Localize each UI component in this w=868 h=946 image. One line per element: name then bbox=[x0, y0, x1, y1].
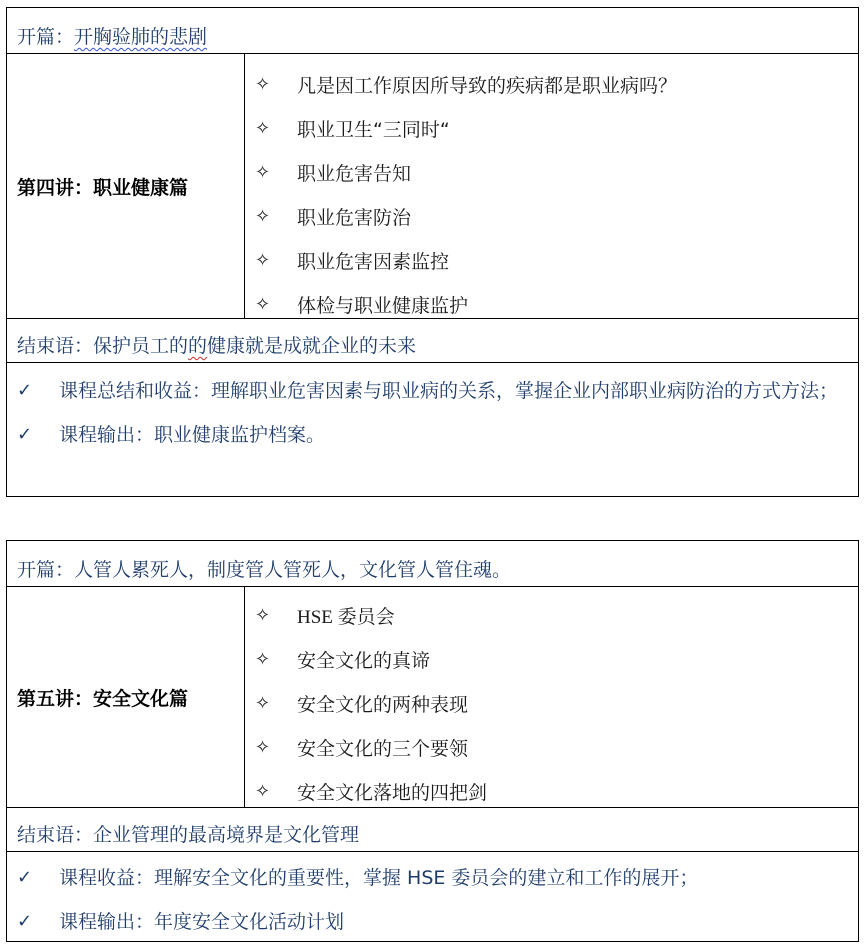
topic-text: 安全文化的两种表现 bbox=[297, 690, 468, 717]
closing-text-post: 健康就是成就企业的未来 bbox=[207, 331, 416, 358]
diamond-bullet-icon: ✧ bbox=[245, 737, 297, 758]
topic-text: 职业危害因素监控 bbox=[297, 247, 449, 274]
diamond-bullet-icon: ✧ bbox=[245, 162, 297, 183]
opening-text: 人管人累死人，制度管人管死人，文化管人管住魂。 bbox=[74, 555, 511, 582]
check-icon: ✓ bbox=[7, 856, 59, 900]
topic-item: ✧ 职业危害告知 bbox=[245, 150, 858, 194]
module-4-table: 开篇： 开胸验肺的悲剧 第四讲：职业健康篇 ✧ 凡是因工作原因所导致的疾病都是职… bbox=[6, 7, 859, 497]
topic-list: ✧ HSE 委员会 ✧ 安全文化的真谛 ✧ 安全文化的两种表现 ✧ 安全文化的三… bbox=[245, 587, 858, 807]
benefit-text: 课程收益：理解安全文化的重要性，掌握 HSE 委员会的建立和工作的展开； bbox=[59, 856, 858, 900]
benefit-text: 课程输出：职业健康监护档案。 bbox=[59, 413, 858, 457]
module-5-closing-row: 结束语： 企业管理的最高境界是文化管理 bbox=[7, 808, 858, 852]
topic-item: ✧ HSE 委员会 bbox=[245, 593, 858, 637]
topic-item: ✧ 凡是因工作原因所导致的疾病都是职业病吗？ bbox=[245, 62, 858, 106]
lecture-title: 第五讲：安全文化篇 bbox=[7, 587, 245, 807]
module-4-benefits-row: ✓ 课程总结和收益：理解职业危害因素与职业病的关系，掌握企业内部职业病防治的方式… bbox=[7, 363, 858, 496]
benefit-item: ✓ 课程总结和收益：理解职业危害因素与职业病的关系，掌握企业内部职业病防治的方式… bbox=[7, 369, 858, 413]
topic-item: ✧ 职业危害因素监控 bbox=[245, 238, 858, 282]
topic-item: ✧ 安全文化的两种表现 bbox=[245, 681, 858, 725]
opening-label: 开篇： bbox=[17, 555, 74, 582]
diamond-bullet-icon: ✧ bbox=[245, 250, 297, 271]
closing-label: 结束语： bbox=[17, 331, 93, 358]
topic-text: HSE 委员会 bbox=[297, 602, 395, 629]
topic-text: 职业危害防治 bbox=[297, 203, 411, 230]
diamond-bullet-icon: ✧ bbox=[245, 649, 297, 670]
module-5-content-row: 第五讲：安全文化篇 ✧ HSE 委员会 ✧ 安全文化的真谛 ✧ 安全文化的两种表… bbox=[7, 587, 858, 808]
module-4-closing-row: 结束语： 保护员工的 的 健康就是成就企业的未来 bbox=[7, 319, 858, 363]
closing-text-pre: 保护员工的 bbox=[93, 331, 188, 358]
opening-text: 开胸验肺的悲剧 bbox=[74, 22, 207, 49]
topic-item: ✧ 安全文化落地的四把剑 bbox=[245, 769, 858, 813]
benefit-text: 课程输出：年度安全文化活动计划 bbox=[59, 900, 858, 944]
benefit-item: ✓ 课程输出：年度安全文化活动计划 bbox=[7, 900, 858, 944]
topic-text: 职业危害告知 bbox=[297, 159, 411, 186]
benefit-item: ✓ 课程输出：职业健康监护档案。 bbox=[7, 413, 858, 457]
check-icon: ✓ bbox=[7, 900, 59, 944]
topic-text: 安全文化落地的四把剑 bbox=[297, 778, 487, 805]
topic-item: ✧ 安全文化的三个要领 bbox=[245, 725, 858, 769]
diamond-bullet-icon: ✧ bbox=[245, 118, 297, 139]
check-icon: ✓ bbox=[7, 413, 59, 457]
module-5-table: 开篇： 人管人累死人，制度管人管死人，文化管人管住魂。 第五讲：安全文化篇 ✧ … bbox=[6, 540, 859, 942]
topic-text: 体检与职业健康监护 bbox=[297, 291, 468, 318]
topic-item: ✧ 安全文化的真谛 bbox=[245, 637, 858, 681]
topic-list: ✧ 凡是因工作原因所导致的疾病都是职业病吗？ ✧ 职业卫生“三同时“ ✧ 职业危… bbox=[245, 54, 858, 318]
topic-text: 凡是因工作原因所导致的疾病都是职业病吗？ bbox=[297, 71, 677, 98]
diamond-bullet-icon: ✧ bbox=[245, 693, 297, 714]
diamond-bullet-icon: ✧ bbox=[245, 74, 297, 95]
module-4-opening-row: 开篇： 开胸验肺的悲剧 bbox=[7, 8, 858, 54]
opening-label: 开篇： bbox=[17, 22, 74, 49]
benefit-item: ✓ 课程收益：理解安全文化的重要性，掌握 HSE 委员会的建立和工作的展开； bbox=[7, 856, 858, 900]
topic-item: ✧ 职业卫生“三同时“ bbox=[245, 106, 858, 150]
diamond-bullet-icon: ✧ bbox=[245, 206, 297, 227]
topic-item: ✧ 职业危害防治 bbox=[245, 194, 858, 238]
module-5-benefits-row: ✓ 课程收益：理解安全文化的重要性，掌握 HSE 委员会的建立和工作的展开； ✓… bbox=[7, 852, 858, 941]
check-icon: ✓ bbox=[7, 369, 59, 413]
module-4-content-row: 第四讲：职业健康篇 ✧ 凡是因工作原因所导致的疾病都是职业病吗？ ✧ 职业卫生“… bbox=[7, 54, 858, 319]
diamond-bullet-icon: ✧ bbox=[245, 605, 297, 626]
closing-text: 企业管理的最高境界是文化管理 bbox=[93, 820, 359, 847]
topic-text: 职业卫生“三同时“ bbox=[297, 115, 450, 142]
closing-text-flagged: 的 bbox=[188, 331, 207, 358]
topic-text: 安全文化的三个要领 bbox=[297, 734, 468, 761]
diamond-bullet-icon: ✧ bbox=[245, 294, 297, 315]
closing-label: 结束语： bbox=[17, 820, 93, 847]
topic-text: 安全文化的真谛 bbox=[297, 646, 430, 673]
module-5-opening-row: 开篇： 人管人累死人，制度管人管死人，文化管人管住魂。 bbox=[7, 541, 858, 587]
benefit-text: 课程总结和收益：理解职业危害因素与职业病的关系，掌握企业内部职业病防治的方式方法… bbox=[59, 369, 858, 413]
lecture-title: 第四讲：职业健康篇 bbox=[7, 54, 245, 318]
diamond-bullet-icon: ✧ bbox=[245, 781, 297, 802]
